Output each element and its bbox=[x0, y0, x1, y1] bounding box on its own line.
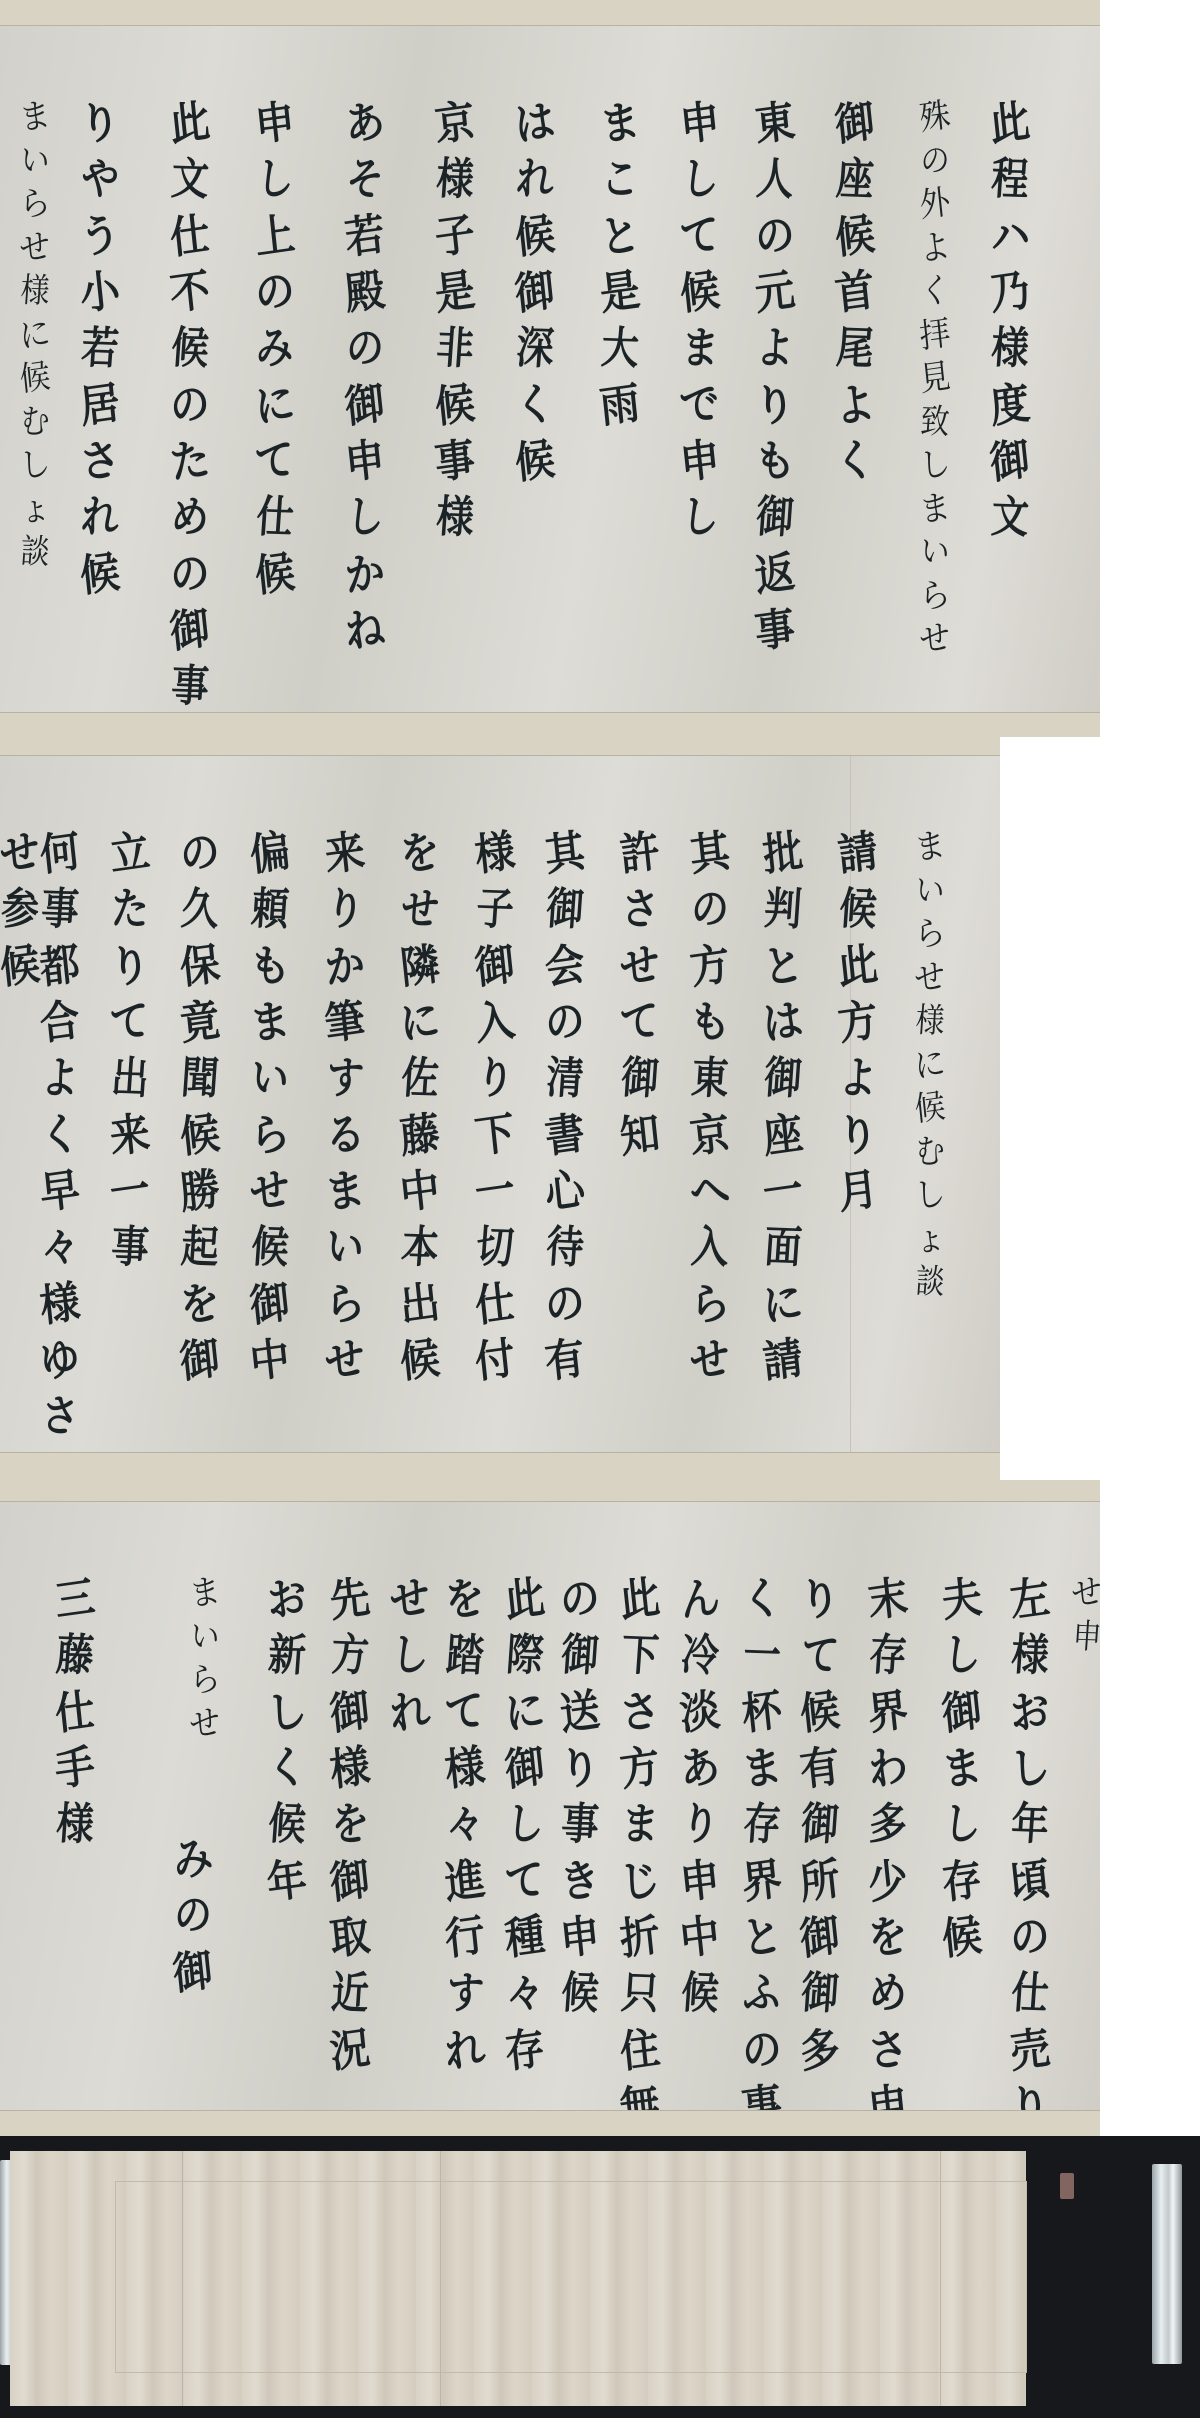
calligraphy-character: 況 bbox=[327, 2020, 372, 2081]
calligraphy-paper: 此程ハ乃様度御文殊の外よく拝見致しまいらせ御座候首尾よく東人の元よりも御返事申し… bbox=[0, 26, 1100, 712]
calligraphy-character: 非 bbox=[434, 321, 475, 379]
calligraphy-character: や bbox=[79, 152, 120, 210]
calligraphy-character: 進 bbox=[442, 1851, 487, 1912]
calligraphy-character: 文 bbox=[989, 490, 1030, 548]
calligraphy-character: 仕 bbox=[167, 206, 212, 267]
calligraphy-character: 大 bbox=[599, 321, 640, 379]
calligraphy-column: 立たりて出来一事 bbox=[98, 825, 162, 1278]
calligraphy-character: す bbox=[444, 1966, 485, 2024]
calligraphy-character: 申 bbox=[677, 93, 722, 154]
calligraphy-character: の bbox=[252, 262, 297, 323]
calligraphy-character: し bbox=[679, 152, 720, 210]
calligraphy-character: 居 bbox=[77, 375, 122, 436]
calligraphy-character: 付 bbox=[472, 1330, 517, 1391]
calligraphy-character: 多 bbox=[797, 2020, 842, 2081]
calligraphy-character: 立 bbox=[107, 823, 152, 884]
calligraphy-character: 首 bbox=[832, 262, 877, 323]
calligraphy-character: 所 bbox=[797, 1851, 842, 1912]
calligraphy-character: 保 bbox=[177, 936, 222, 997]
calligraphy-character: 参 bbox=[0, 882, 41, 940]
calligraphy-character: 御 bbox=[170, 1942, 215, 2003]
calligraphy-character: 御 bbox=[177, 1330, 222, 1391]
calligraphy-column: 様子御入り下一切仕付 bbox=[463, 825, 527, 1390]
calligraphy-character: 座 bbox=[834, 152, 875, 210]
calligraphy-character: れ bbox=[442, 2020, 487, 2081]
calligraphy-character: 候 bbox=[939, 1907, 984, 1968]
calligraphy-character: 申 bbox=[1071, 1615, 1103, 1660]
calligraphy-character: ょ bbox=[913, 1216, 948, 1263]
calligraphy-character: 中 bbox=[247, 1330, 292, 1391]
calligraphy-character: 様 bbox=[989, 321, 1030, 379]
calligraphy-character: て bbox=[677, 206, 722, 267]
calligraphy-character: 方 bbox=[329, 1628, 370, 1686]
calligraphy-character: 藤 bbox=[397, 1105, 442, 1166]
calligraphy-character: ま bbox=[188, 1570, 223, 1617]
calligraphy-character: く bbox=[37, 1105, 82, 1166]
calligraphy-character: の bbox=[167, 375, 212, 436]
calligraphy-character: し bbox=[918, 442, 953, 489]
calligraphy-character: む bbox=[914, 1130, 946, 1175]
calligraphy-character: 様 bbox=[37, 1274, 82, 1335]
mount-border-bottom bbox=[0, 1452, 1000, 1480]
calligraphy-character: 淡 bbox=[677, 1682, 722, 1743]
calligraphy-character: 来 bbox=[107, 1105, 152, 1166]
calligraphy-character: 一 bbox=[472, 1161, 517, 1222]
calligraphy-character: よ bbox=[918, 225, 953, 272]
calligraphy-character: 請 bbox=[835, 823, 880, 884]
calligraphy-column: りやう小若居され候 bbox=[68, 95, 132, 604]
calligraphy-character: て bbox=[252, 431, 297, 492]
calligraphy-character: 候 bbox=[797, 1682, 842, 1743]
calligraphy-character: む bbox=[19, 400, 51, 445]
red-seal-mark bbox=[1060, 2173, 1074, 2199]
calligraphy-character: の bbox=[542, 1274, 587, 1335]
calligraphy-column: 夫し御まし存候 bbox=[930, 1571, 994, 1967]
calligraphy-character: 事 bbox=[752, 600, 797, 661]
calligraphy-character: 清 bbox=[544, 1051, 585, 1109]
calligraphy-column: の久保竟聞候勝起を御 bbox=[168, 825, 232, 1390]
calligraphy-character: 様 bbox=[472, 823, 517, 884]
calligraphy-character: 批 bbox=[760, 823, 805, 884]
calligraphy-character: 久 bbox=[179, 882, 220, 940]
calligraphy-character: 度 bbox=[987, 375, 1032, 436]
calligraphy-character: 此 bbox=[987, 93, 1032, 154]
calligraphy-character: 御 bbox=[619, 1051, 660, 1109]
calligraphy-character: 御 bbox=[559, 1628, 600, 1686]
calligraphy-character: 仕 bbox=[52, 1682, 97, 1743]
calligraphy-character: 様 bbox=[327, 1738, 372, 1799]
calligraphy-column: 此際に御して種々存 bbox=[493, 1571, 557, 2080]
calligraphy-character: 其 bbox=[687, 823, 732, 884]
calligraphy-column: 許させて御知 bbox=[608, 825, 672, 1165]
calligraphy-character: 御 bbox=[754, 490, 795, 548]
calligraphy-column: 東人の元よりも御返事 bbox=[743, 95, 807, 660]
calligraphy-character: ま bbox=[322, 1161, 367, 1222]
calligraphy-character: 様 bbox=[442, 1738, 487, 1799]
calligraphy-character: ら bbox=[918, 573, 953, 620]
calligraphy-character: ん bbox=[677, 1569, 722, 1630]
calligraphy-character: り bbox=[679, 1797, 720, 1855]
calligraphy-character: れ bbox=[79, 490, 120, 548]
calligraphy-character: の bbox=[542, 992, 587, 1053]
calligraphy-character: ょ bbox=[18, 486, 53, 533]
calligraphy-column: 殊の外よく拝見致しまいらせ bbox=[903, 95, 967, 663]
calligraphy-character: 御 bbox=[472, 936, 517, 997]
calligraphy-character: く bbox=[919, 270, 951, 315]
calligraphy-character: 候 bbox=[169, 321, 210, 379]
calligraphy-character: へ bbox=[687, 1161, 732, 1222]
calligraphy-character: 一 bbox=[760, 1161, 805, 1222]
calligraphy-character: し bbox=[913, 1172, 948, 1219]
calligraphy-character: 御 bbox=[939, 1682, 984, 1743]
calligraphy-character: 此 bbox=[502, 1569, 547, 1630]
calligraphy-character: と bbox=[760, 936, 805, 997]
calligraphy-character: 申 bbox=[252, 93, 297, 154]
calligraphy-column: 批判とは御座一面に請 bbox=[751, 825, 815, 1390]
calligraphy-character: 頃 bbox=[1007, 1851, 1052, 1912]
calligraphy-character: 候 bbox=[512, 206, 557, 267]
calligraphy-character: 御 bbox=[167, 600, 212, 661]
calligraphy-character: ま bbox=[739, 1738, 784, 1799]
calligraphy-character: 待 bbox=[544, 1220, 585, 1278]
calligraphy-character: 許 bbox=[617, 823, 662, 884]
calligraphy-character: 其 bbox=[542, 823, 587, 884]
calligraphy-character: 候 bbox=[512, 431, 557, 492]
calligraphy-character: 冷 bbox=[679, 1628, 720, 1686]
calligraphy-character: 存 bbox=[741, 1797, 782, 1855]
calligraphy-column: まいらせ様に候むしょ談 bbox=[898, 825, 962, 1306]
calligraphy-character: 々 bbox=[444, 1797, 485, 1855]
backing-seam bbox=[440, 2151, 441, 2406]
calligraphy-character: 候 bbox=[832, 206, 877, 267]
calligraphy-character: を bbox=[329, 1797, 370, 1855]
calligraphy-character: 三 bbox=[52, 1569, 97, 1630]
calligraphy-character: 上 bbox=[252, 206, 297, 267]
calligraphy-character: の bbox=[167, 544, 212, 605]
calligraphy-character: 起 bbox=[179, 1220, 220, 1278]
calligraphy-character: 御 bbox=[799, 1797, 840, 1855]
calligraphy-character: し bbox=[389, 1628, 430, 1686]
calligraphy-character: て bbox=[502, 1851, 547, 1912]
calligraphy-character: 際 bbox=[504, 1628, 545, 1686]
calligraphy-character: さ bbox=[77, 431, 122, 492]
calligraphy-column: の御送り事き申候 bbox=[548, 1571, 612, 2024]
calligraphy-column: 其の方も東京へ入らせ bbox=[678, 825, 742, 1390]
calligraphy-character: た bbox=[167, 431, 212, 492]
calligraphy-character: に bbox=[397, 992, 442, 1053]
calligraphy-column: 左様おし年頃の仕売り bbox=[998, 1571, 1062, 2136]
calligraphy-character: ま bbox=[597, 93, 642, 154]
calligraphy-column: く一杯ま存界とふの事よ bbox=[730, 1571, 794, 2193]
calligraphy-character: ら bbox=[322, 1274, 367, 1335]
calligraphy-character: 様 bbox=[434, 152, 475, 210]
calligraphy-character: 出 bbox=[397, 1274, 442, 1335]
calligraphy-character: 有 bbox=[542, 1330, 587, 1391]
calligraphy-character: の bbox=[557, 1569, 602, 1630]
calligraphy-character: 御 bbox=[342, 375, 387, 436]
calligraphy-character: 是 bbox=[597, 262, 642, 323]
calligraphy-character: の bbox=[344, 321, 385, 379]
calligraphy-character: 来 bbox=[322, 823, 367, 884]
calligraphy-character: す bbox=[324, 1051, 365, 1109]
calligraphy-character: そ bbox=[344, 152, 385, 210]
calligraphy-character: せ bbox=[617, 936, 662, 997]
calligraphy-character: い bbox=[249, 1051, 290, 1109]
calligraphy-character: し bbox=[941, 1628, 982, 1686]
calligraphy-character: 若 bbox=[79, 321, 120, 379]
calligraphy-character: 存 bbox=[502, 2020, 547, 2081]
calligraphy-character: 売 bbox=[1007, 2020, 1052, 2081]
calligraphy-character: 殊 bbox=[918, 94, 953, 141]
calligraphy-character: 御 bbox=[762, 1051, 803, 1109]
calligraphy-character: て bbox=[107, 992, 152, 1053]
calligraphy-character: 京 bbox=[687, 1105, 732, 1166]
calligraphy-character: 此 bbox=[617, 1569, 662, 1630]
backing-inner-frame bbox=[115, 2181, 1027, 2373]
calligraphy-character: 中 bbox=[397, 1161, 442, 1222]
calligraphy-character: 新 bbox=[266, 1628, 307, 1686]
calligraphy-character: 々 bbox=[504, 1966, 545, 2024]
calligraphy-character: 候 bbox=[837, 882, 878, 940]
calligraphy-character: を bbox=[177, 1274, 222, 1335]
calligraphy-character: 仕 bbox=[254, 490, 295, 548]
calligraphy-character: 住 bbox=[617, 2020, 662, 2081]
calligraphy-character: せ bbox=[18, 225, 53, 272]
calligraphy-column: 来りか筆するまいらせ bbox=[313, 825, 377, 1390]
calligraphy-character: 仕 bbox=[472, 1274, 517, 1335]
calligraphy-character: 送 bbox=[557, 1682, 602, 1743]
calligraphy-character: 申 bbox=[342, 431, 387, 492]
calligraphy-character: と bbox=[739, 1907, 784, 1968]
calligraphy-character: を bbox=[397, 823, 442, 884]
calligraphy-character: の bbox=[172, 1888, 213, 1946]
calligraphy-character: み bbox=[170, 1829, 215, 1890]
calligraphy-character: し bbox=[941, 1797, 982, 1855]
calligraphy-character: わ bbox=[865, 1738, 910, 1799]
calligraphy-character: さ bbox=[617, 1682, 662, 1743]
calligraphy-character: お bbox=[264, 1569, 309, 1630]
calligraphy-character: 談 bbox=[914, 1261, 946, 1306]
calligraphy-character: 様 bbox=[54, 1797, 95, 1855]
calligraphy-character: 深 bbox=[514, 321, 555, 379]
calligraphy-character: い bbox=[919, 531, 951, 576]
calligraphy-character: 存 bbox=[939, 1851, 984, 1912]
calligraphy-character: り bbox=[835, 1105, 880, 1166]
calligraphy-character: せ bbox=[399, 882, 440, 940]
calligraphy-character: う bbox=[77, 206, 122, 267]
calligraphy-character: く bbox=[832, 431, 877, 492]
calligraphy-character: さ bbox=[619, 882, 660, 940]
calligraphy-column: はれ候御深く候 bbox=[503, 95, 567, 491]
calligraphy-character: 様 bbox=[914, 1000, 946, 1045]
calligraphy-character: 存 bbox=[867, 1628, 908, 1686]
calligraphy-column: 請候此方より月 bbox=[826, 825, 890, 1221]
calligraphy-character: 是 bbox=[432, 262, 477, 323]
calligraphy-character: 藤 bbox=[54, 1628, 95, 1686]
mount-border-bottom bbox=[0, 712, 1100, 737]
calligraphy-character: 取 bbox=[327, 1907, 372, 1968]
calligraphy-character: 申 bbox=[677, 1851, 722, 1912]
calligraphy-character: 界 bbox=[865, 1682, 910, 1743]
calligraphy-character: ま bbox=[619, 1797, 660, 1855]
calligraphy-character: 拝 bbox=[918, 312, 953, 359]
calligraphy-character: 夫 bbox=[939, 1569, 984, 1630]
backing-seam bbox=[940, 2151, 941, 2406]
calligraphy-character: の bbox=[177, 823, 222, 884]
calligraphy-character: も bbox=[687, 992, 732, 1053]
calligraphy-character: 合 bbox=[37, 992, 82, 1053]
calligraphy-character: 様 bbox=[19, 270, 51, 315]
calligraphy-character: 年 bbox=[1009, 1797, 1050, 1855]
calligraphy-character: さ bbox=[39, 1388, 80, 1446]
calligraphy-character: 御 bbox=[512, 262, 557, 323]
calligraphy-character: 御 bbox=[327, 1851, 372, 1912]
calligraphy-character: さ bbox=[865, 2020, 910, 2081]
calligraphy-character: 手 bbox=[52, 1738, 97, 1799]
calligraphy-column: 偏頼もまいらせ候御中 bbox=[238, 825, 302, 1390]
calligraphy-character: あ bbox=[342, 93, 387, 154]
calligraphy-character: 聞 bbox=[179, 1051, 220, 1109]
calligraphy-column: ん冷淡あり申中候 bbox=[668, 1571, 732, 2024]
calligraphy-character: り bbox=[324, 882, 365, 940]
calligraphy-character: 京 bbox=[432, 93, 477, 154]
calligraphy-character: 候 bbox=[397, 1330, 442, 1391]
calligraphy-column: みの御 bbox=[161, 1831, 225, 2002]
calligraphy-character: こ bbox=[599, 152, 640, 210]
calligraphy-character: 行 bbox=[442, 1907, 487, 1968]
calligraphy-character: 入 bbox=[689, 1220, 730, 1278]
calligraphy-character: 中 bbox=[677, 1907, 722, 1968]
calligraphy-character: く bbox=[739, 1569, 784, 1630]
calligraphy-character: 頼 bbox=[249, 882, 290, 940]
calligraphy-character: か bbox=[342, 544, 387, 605]
calligraphy-character: て bbox=[617, 992, 662, 1053]
calligraphy-character: り bbox=[474, 1051, 515, 1109]
calligraphy-character: い bbox=[324, 1220, 365, 1278]
calligraphy-character: 近 bbox=[329, 1966, 370, 2024]
calligraphy-character: の bbox=[752, 206, 797, 267]
calligraphy-character: 知 bbox=[617, 1105, 662, 1166]
calligraphy-character: 佐 bbox=[399, 1051, 440, 1109]
calligraphy-character: よ bbox=[832, 375, 877, 436]
calligraphy-column: 先方御様を御取近況 bbox=[318, 1571, 382, 2080]
calligraphy-column: まいらせ bbox=[173, 1571, 237, 1747]
calligraphy-character: し bbox=[264, 1682, 309, 1743]
calligraphy-character: も bbox=[247, 936, 292, 997]
calligraphy-character: に bbox=[913, 1042, 948, 1089]
calligraphy-character: よ bbox=[837, 1051, 878, 1109]
calligraphy-character: 候 bbox=[266, 1797, 307, 1855]
mount-border-top bbox=[0, 737, 1000, 756]
calligraphy-character: あ bbox=[677, 1738, 722, 1799]
calligraphy-character: か bbox=[322, 936, 367, 997]
calligraphy-character: り bbox=[797, 1569, 842, 1630]
backing-seam bbox=[182, 2151, 183, 2406]
calligraphy-column: 申し上のみにて仕候 bbox=[243, 95, 307, 604]
calligraphy-character: 此 bbox=[835, 936, 880, 997]
calligraphy-character: ま bbox=[939, 1738, 984, 1799]
right-roller-end bbox=[1152, 2164, 1182, 2364]
calligraphy-character: 方 bbox=[835, 992, 880, 1053]
calligraphy-character: れ bbox=[387, 1682, 432, 1743]
calligraphy-character: 早 bbox=[37, 1161, 82, 1222]
calligraphy-character: 返 bbox=[752, 544, 797, 605]
calligraphy-character: 人 bbox=[754, 152, 795, 210]
calligraphy-character: く bbox=[264, 1738, 309, 1799]
calligraphy-character: は bbox=[760, 992, 805, 1053]
calligraphy-character: 有 bbox=[797, 1738, 842, 1799]
calligraphy-character: せ bbox=[687, 1330, 732, 1391]
calligraphy-character: 御 bbox=[544, 882, 585, 940]
calligraphy-character: 此 bbox=[167, 93, 212, 154]
calligraphy-character: 月 bbox=[835, 1161, 880, 1222]
calligraphy-character: 本 bbox=[399, 1220, 440, 1278]
calligraphy-character: め bbox=[867, 1966, 908, 2024]
calligraphy-character: に bbox=[18, 312, 53, 359]
calligraphy-character: り bbox=[557, 1738, 602, 1799]
calligraphy-character: し bbox=[504, 1797, 545, 1855]
calligraphy-character: 元 bbox=[752, 262, 797, 323]
scroll-backing-photo bbox=[0, 2136, 1200, 2418]
calligraphy-character: 小 bbox=[77, 262, 122, 323]
calligraphy-character: 竟 bbox=[177, 992, 222, 1053]
calligraphy-character: 事 bbox=[169, 658, 210, 716]
calligraphy-column: 御座候首尾よく bbox=[823, 95, 887, 491]
calligraphy-column: 此程ハ乃様度御文 bbox=[978, 95, 1042, 548]
calligraphy-character: せ bbox=[918, 616, 953, 663]
calligraphy-character: 候 bbox=[0, 936, 43, 997]
calligraphy-column: を踏て様々進行すれ bbox=[433, 1571, 497, 2080]
calligraphy-character: ま bbox=[918, 486, 953, 533]
calligraphy-character: 候 bbox=[177, 1105, 222, 1166]
scroll-section-2: まいらせ様に候むしょ談請候此方より月批判とは御座一面に請其の方も東京へ入らせ許さ… bbox=[0, 737, 1000, 1480]
calligraphy-character: 程 bbox=[989, 152, 1030, 210]
calligraphy-column: 三藤仕手様 bbox=[43, 1571, 107, 1855]
calligraphy-character: 候 bbox=[77, 544, 122, 605]
calligraphy-character: 候 bbox=[18, 355, 53, 402]
calligraphy-column: 京様子是非候事様 bbox=[423, 95, 487, 548]
calligraphy-character: 折 bbox=[617, 1907, 662, 1968]
calligraphy-character: て bbox=[442, 1682, 487, 1743]
calligraphy-character: に bbox=[760, 1274, 805, 1335]
calligraphy-character: 筆 bbox=[322, 992, 367, 1053]
calligraphy-character: も bbox=[752, 431, 797, 492]
backing-paper bbox=[10, 2151, 1026, 2406]
calligraphy-character: ね bbox=[342, 600, 387, 661]
calligraphy-character: ら bbox=[247, 1105, 292, 1166]
calligraphy-character: じ bbox=[617, 1851, 662, 1912]
calligraphy-character: 御 bbox=[502, 1738, 547, 1799]
calligraphy-character: せ bbox=[188, 1701, 223, 1748]
calligraphy-character: 子 bbox=[432, 206, 477, 267]
calligraphy-character: の bbox=[919, 139, 951, 184]
calligraphy-character: ま bbox=[18, 94, 53, 141]
calligraphy-character: 候 bbox=[559, 1966, 600, 2024]
calligraphy-character: く bbox=[512, 375, 557, 436]
calligraphy-character: 見 bbox=[918, 355, 953, 402]
calligraphy-character: せ bbox=[387, 1569, 432, 1630]
calligraphy-character: 偏 bbox=[247, 823, 292, 884]
calligraphy-column: せ参候 bbox=[0, 825, 52, 996]
calligraphy-character: よ bbox=[754, 321, 795, 379]
calligraphy-character: に bbox=[252, 375, 297, 436]
calligraphy-character: ま bbox=[913, 824, 948, 871]
calligraphy-character: 御 bbox=[327, 1682, 372, 1743]
calligraphy-character: り bbox=[107, 936, 152, 997]
calligraphy-character: 談 bbox=[19, 531, 51, 576]
calligraphy-character: 只 bbox=[619, 1966, 660, 2024]
calligraphy-character: 若 bbox=[342, 206, 387, 267]
